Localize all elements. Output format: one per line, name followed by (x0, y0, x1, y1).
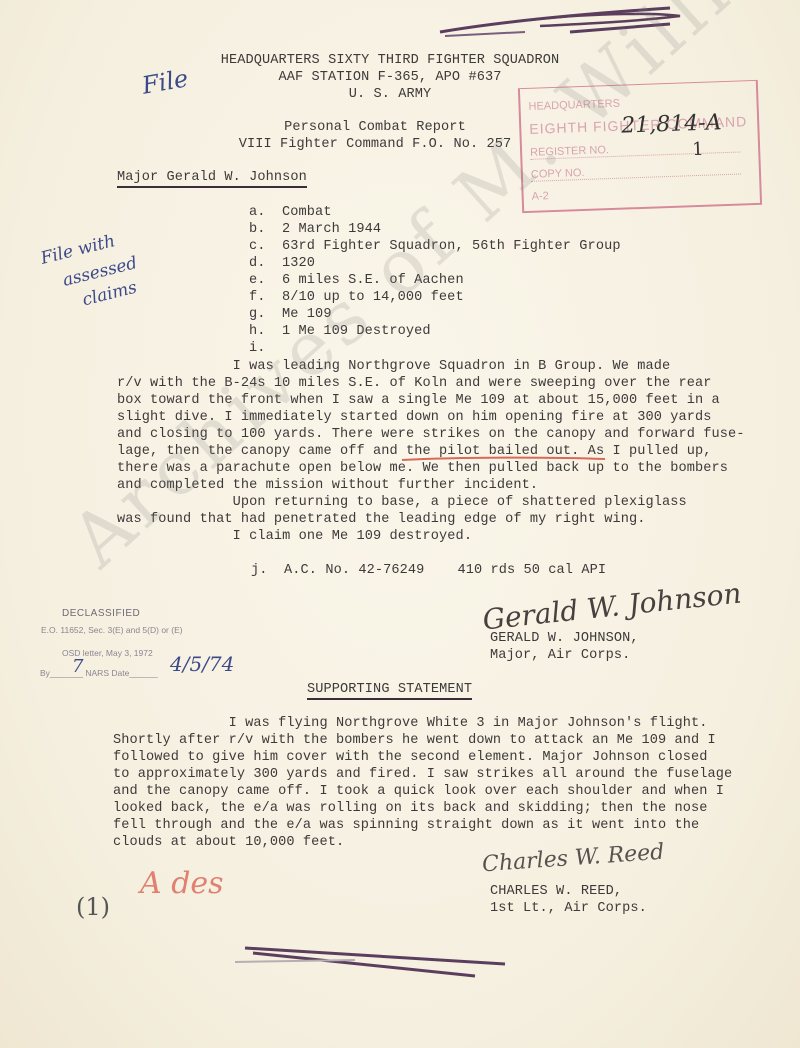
red-initials-annotation: A des (140, 866, 224, 901)
item-d: d. 1320 (249, 255, 315, 272)
stamp-handwritten-copy: 1 (692, 139, 704, 160)
supporting-line: and the canopy came off. I took a quick … (113, 783, 724, 800)
declassified-by: By_______ NARS Date______ (40, 668, 158, 678)
item-a: a. Combat (249, 204, 332, 221)
signer-rank-reed: 1st Lt., Air Corps. (490, 900, 647, 917)
supporting-statement-title: SUPPORTING STATEMENT (307, 681, 472, 698)
supporting-line: fell through and the e/a was spinning st… (113, 817, 699, 834)
narrative-line: was found that had penetrated the leadin… (117, 511, 645, 528)
declassified-by-value: 7 (72, 656, 83, 677)
supporting-line: looked back, the e/a was rolling on its … (113, 800, 708, 817)
pilot-name-text: Major Gerald W. Johnson (117, 170, 307, 188)
declassified-line-1: E.O. 11652, Sec. 3(E) and 5(D) or (E) (41, 625, 183, 635)
declassified-title: DECLASSIFIED (62, 608, 140, 619)
supporting-statement-title-text: SUPPORTING STATEMENT (307, 682, 472, 700)
supporting-line: to approximately 300 yards and fired. I … (113, 766, 732, 783)
item-j: j. A.C. No. 42-76249 410 rds 50 cal API (251, 562, 606, 579)
signer-rank-johnson: Major, Air Corps. (490, 647, 630, 664)
stamp-handwritten-number: 21,814-A (621, 110, 722, 138)
supporting-line: Shortly after r/v with the bombers he we… (113, 732, 716, 749)
handwritten-signature-johnson: Gerald W. Johnson (481, 577, 743, 637)
item-b: b. 2 March 1944 (249, 221, 381, 238)
red-underline-mark (400, 454, 610, 464)
pilot-name: Major Gerald W. Johnson (117, 169, 307, 186)
supporting-line: I was flying Northgrove White 3 in Major… (113, 715, 708, 732)
supporting-line: followed to give him cover with the seco… (113, 749, 708, 766)
page-number-annotation: (1) (76, 893, 110, 921)
redaction-scribble-bottom (235, 940, 515, 980)
declassified-date-value: 4/5/74 (170, 652, 234, 676)
handwritten-signature-reed: Charles W. Reed (481, 840, 665, 878)
narrative-line: I was leading Northgrove Squadron in B G… (117, 358, 670, 375)
signer-name-reed: CHARLES W. REED, (490, 883, 622, 900)
supporting-line: clouds at about 10,000 feet. (113, 834, 344, 851)
document-page: HEADQUARTERS SIXTY THIRD FIGHTER SQUADRO… (0, 0, 800, 1048)
signer-name-johnson: GERALD W. JOHNSON, (490, 630, 639, 647)
